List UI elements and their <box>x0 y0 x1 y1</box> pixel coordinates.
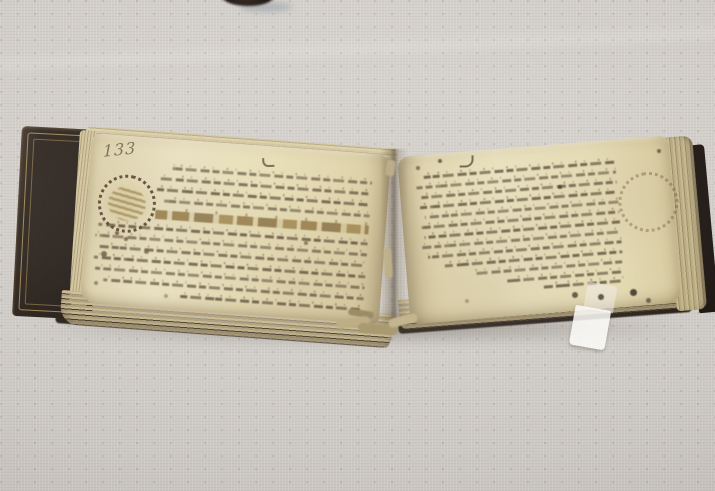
stain <box>657 149 661 153</box>
stain <box>304 241 307 244</box>
left-page: 133 <box>80 133 392 325</box>
left-page-script-block <box>88 134 378 324</box>
tag-lower-fold <box>569 305 611 351</box>
binding-sewing-threads <box>328 308 438 344</box>
photograph: 133 <box>0 0 715 491</box>
stain <box>646 298 651 303</box>
stain <box>124 237 128 241</box>
stain <box>598 294 604 300</box>
out-of-frame-object <box>218 0 298 14</box>
stain <box>115 231 119 235</box>
stain <box>144 249 149 254</box>
stain <box>572 292 578 298</box>
stain <box>164 294 168 298</box>
right-page <box>397 135 682 324</box>
stain <box>101 251 107 257</box>
stain <box>416 166 419 169</box>
stain <box>630 289 637 296</box>
stain <box>465 299 469 303</box>
sewing-thread <box>387 313 418 329</box>
translucent-tag <box>567 280 632 354</box>
